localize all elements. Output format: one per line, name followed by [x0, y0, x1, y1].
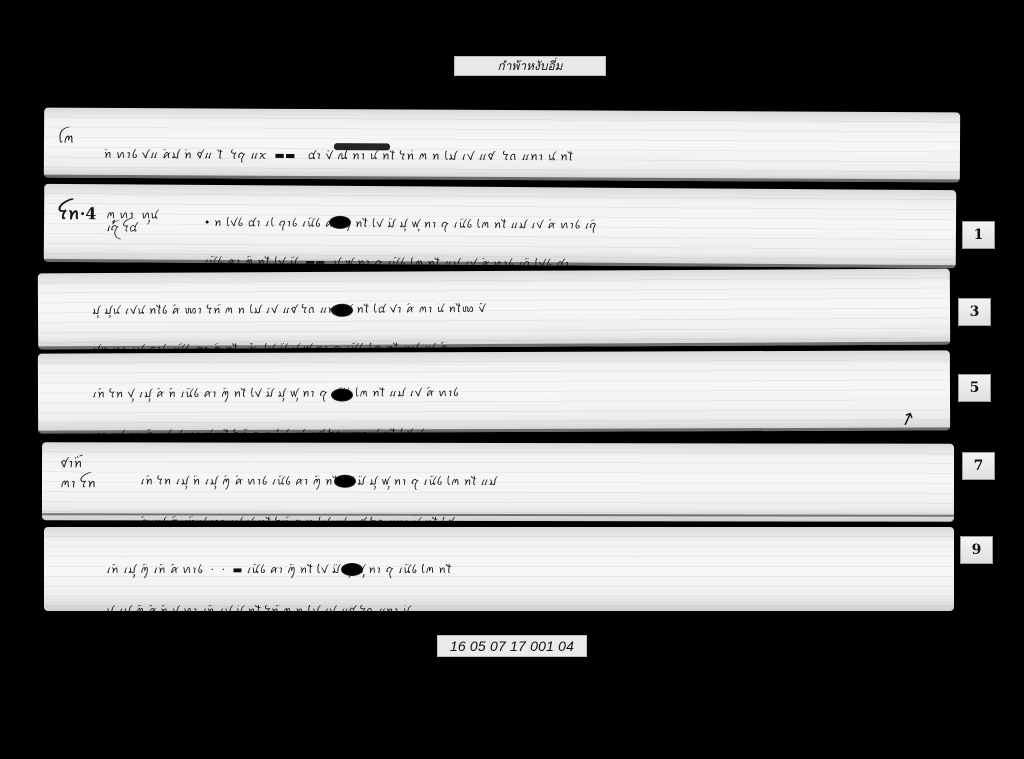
manuscript-id-label: 16 05 07 17 001 04	[437, 635, 587, 657]
leaf-text-line: ꪣꪴ ꪹꪣꪴ ꪑꪸ ꪁꪷ ꪀꪷ ꪚꪴ ꪕꪱ ꪹꪀꪸ ꪹꪣꪴ ꪙꪲ ꪀꪻ ꪼꪀ ꪸ…	[106, 605, 946, 612]
palm-leaf-3: ꪣꪴ ꪣꪴꪙ ꪹꪚꪙ ꪀꪻꪉ ꪁꪷ ꪪꪱ ꪼꪀ ꪸꪔ ꪀ ꪶꪣ ꪹꪚ ꪵꪥ ꪼꪒ…	[38, 269, 950, 350]
page-tag-1: 1	[962, 221, 995, 249]
page-number: 9	[972, 542, 982, 558]
palm-leaf-cover: ꪶꪔ ꪀꪾ ꪕꪱꪉ ꪚꪵ ꪁꪷꪣ ꪀꪾ ꪥꪵ ꪻ ꪼꪋ ꪵꪎ ▬▬ ꪠꪱ ꪚꪳ …	[44, 108, 960, 183]
page-number: 1	[974, 227, 984, 243]
title-text: กำพ้าหงับอี่ม	[497, 57, 562, 76]
leaf-text-line: ꪣꪴ ꪣꪴꪙ ꪹꪚꪙ ꪀꪻꪉ ꪁꪷ ꪪꪱ ꪼꪀ ꪸꪔ ꪀ ꪶꪣ ꪹꪚ ꪵꪥ ꪼꪒ…	[92, 301, 942, 318]
leaf-text-line: ꪹꪀꪷ ꪹꪣꪴ ꪑꪸ ꪹꪀꪸ ꪁꪷ ꪕꪱꪉ · · ▬ ꪹꪙꪸꪉ ꪁꪱ ꪑꪸ ꪀ…	[106, 564, 946, 578]
palm-leaf-9: ꪹꪀꪷ ꪹꪣꪴ ꪑꪸ ꪹꪀꪸ ꪁꪷ ꪕꪱꪉ · · ▬ ꪹꪙꪸꪉ ꪁꪱ ꪑꪸ ꪀ…	[44, 527, 954, 611]
leaf-text-block: ꪹꪀꪷ ꪼꪀ ꪹꪣꪴ ꪀꪾ ꪹꪣꪴ ꪑꪸ ꪁꪷ ꪕꪱꪉ ꪹꪙꪸꪉ ꪁꪱ ꪑꪸ ꪀ…	[140, 448, 945, 521]
leaf-margin-sublabel: ꪔꪱ ꪼꪀ	[60, 476, 96, 491]
palm-leaf-1: ꪼꪀ·4 ꪔꪴ ꪕꪱ ꪕꪴꪙ ꪹꪋꪳ ꪼꪠ • ꪀ ꪶꪚꪉ ꪠꪱ ꪹꪶ ꪖꪱꪉ …	[44, 184, 957, 268]
page-tag-9: 9	[960, 536, 993, 564]
page-tag-7: 7	[962, 452, 995, 480]
leaf-text-block: ꪣꪴ ꪣꪴꪙ ꪹꪚꪙ ꪀꪻꪉ ꪁꪷ ꪪꪱ ꪼꪀ ꪸꪔ ꪀ ꪶꪣ ꪹꪚ ꪵꪥ ꪼꪒ…	[92, 275, 943, 350]
page-tag-3: 3	[958, 298, 991, 326]
string-hole	[331, 388, 353, 401]
manuscript-title-label: กำพ้าหงับอี่ม	[454, 56, 606, 76]
string-hole	[331, 304, 353, 317]
leaf-text-block: ꪹꪀꪷ ꪹꪣꪴ ꪑꪸ ꪹꪀꪸ ꪁꪷ ꪕꪱꪉ · · ▬ ꪹꪙꪸꪉ ꪁꪱ ꪑꪸ ꪀ…	[106, 537, 946, 611]
leaf-margin-label: ꪼꪀ·4	[58, 206, 96, 221]
manuscript-id-text: 16 05 07 17 001 04	[450, 638, 574, 654]
leaf-text-line: ꪀꪾ ꪕꪱꪉ ꪚꪵ ꪁꪷꪣ ꪀꪾ ꪥꪵ ꪻ ꪼꪋ ꪵꪎ ▬▬ ꪠꪱ ꪚꪳ ꪏ ꪀ…	[104, 149, 954, 166]
leaf-text-block: ꪹꪀꪷ ꪼꪀ ꪚꪴ ꪹꪣꪴ ꪁꪷ ꪀꪷ ꪹꪙꪸꪉ ꪁꪱ ꪑꪸ ꪀꪻ ꪶꪚ ꪣꪾ …	[92, 358, 943, 433]
palm-leaf-7: ꪥꪱꪀꪾ ꪔꪱ ꪼꪀ ꪹꪀꪷ ꪼꪀ ꪹꪣꪴ ꪀꪾ ꪹꪣꪴ ꪑꪸ ꪁꪷ ꪕꪱꪉ ꪹ…	[42, 442, 954, 522]
leaf-margin-label: ꪶꪔ	[58, 132, 74, 147]
leaf-margin-label: ꪥꪱꪀꪾ	[60, 456, 82, 471]
string-hole	[334, 475, 356, 488]
palm-leaf-5: ꪹꪀꪷ ꪼꪀ ꪚꪴ ꪹꪣꪴ ꪁꪷ ꪀꪷ ꪹꪙꪸꪉ ꪁꪱ ꪑꪸ ꪀꪻ ꪶꪚ ꪣꪾ …	[38, 350, 950, 433]
page-number: 5	[970, 380, 980, 396]
page-tag-5: 5	[958, 374, 991, 402]
string-hole	[341, 563, 363, 576]
page-number: 7	[974, 458, 984, 474]
leaf-text-block: • ꪀ ꪶꪚꪉ ꪠꪱ ꪹꪶ ꪖꪱꪉ ꪹꪙꪸꪉ ꪁꪱ ꪑꪸ ꪀꪻ ꪶꪚ ꪣꪾ ꪣꪴ…	[203, 191, 945, 268]
page-number: 3	[970, 304, 980, 320]
leaf-text-block: ꪀꪾ ꪕꪱꪉ ꪚꪵ ꪁꪷꪣ ꪀꪾ ꪥꪵ ꪻ ꪼꪋ ꪵꪎ ▬▬ ꪠꪱ ꪚꪳ ꪏ ꪀ…	[103, 124, 954, 182]
leaf-text-line: ꪹꪀꪷ ꪼꪀ ꪚꪴ ꪹꪣꪴ ꪁꪷ ꪀꪷ ꪹꪙꪸꪉ ꪁꪱ ꪑꪸ ꪀꪻ ꪶꪚ ꪣꪾ …	[92, 385, 942, 401]
leaf-margin-sublabel: ꪔꪴ ꪕꪱ ꪕꪴꪙ ꪹꪋꪳ ꪼꪠ	[106, 208, 159, 234]
ink-smudge	[334, 143, 390, 150]
leaf-text-line: • ꪀ ꪶꪚꪉ ꪠꪱ ꪹꪶ ꪖꪱꪉ ꪹꪙꪸꪉ ꪁꪱ ꪑꪸ ꪀꪻ ꪶꪚ ꪣꪾ ꪣꪴ…	[204, 217, 944, 235]
string-hole	[329, 216, 351, 229]
leaf-text-line: ꪹꪀꪷ ꪼꪀ ꪹꪣꪴ ꪀꪾ ꪹꪣꪴ ꪑꪸ ꪁꪷ ꪕꪱꪉ ꪹꪙꪸꪉ ꪁꪱ ꪑꪸ ꪀ…	[140, 475, 945, 490]
leaf-text-line: ꪁꪷ ꪹꪣꪴ ꪑꪸ ꪹꪀꪸ ꪚꪴ ꪕꪱ ꪹꪣꪴ ꪙꪲ ꪀꪻ ꪼꪀ ꪸꪔ ꪀ ꪶꪣ…	[140, 516, 945, 522]
